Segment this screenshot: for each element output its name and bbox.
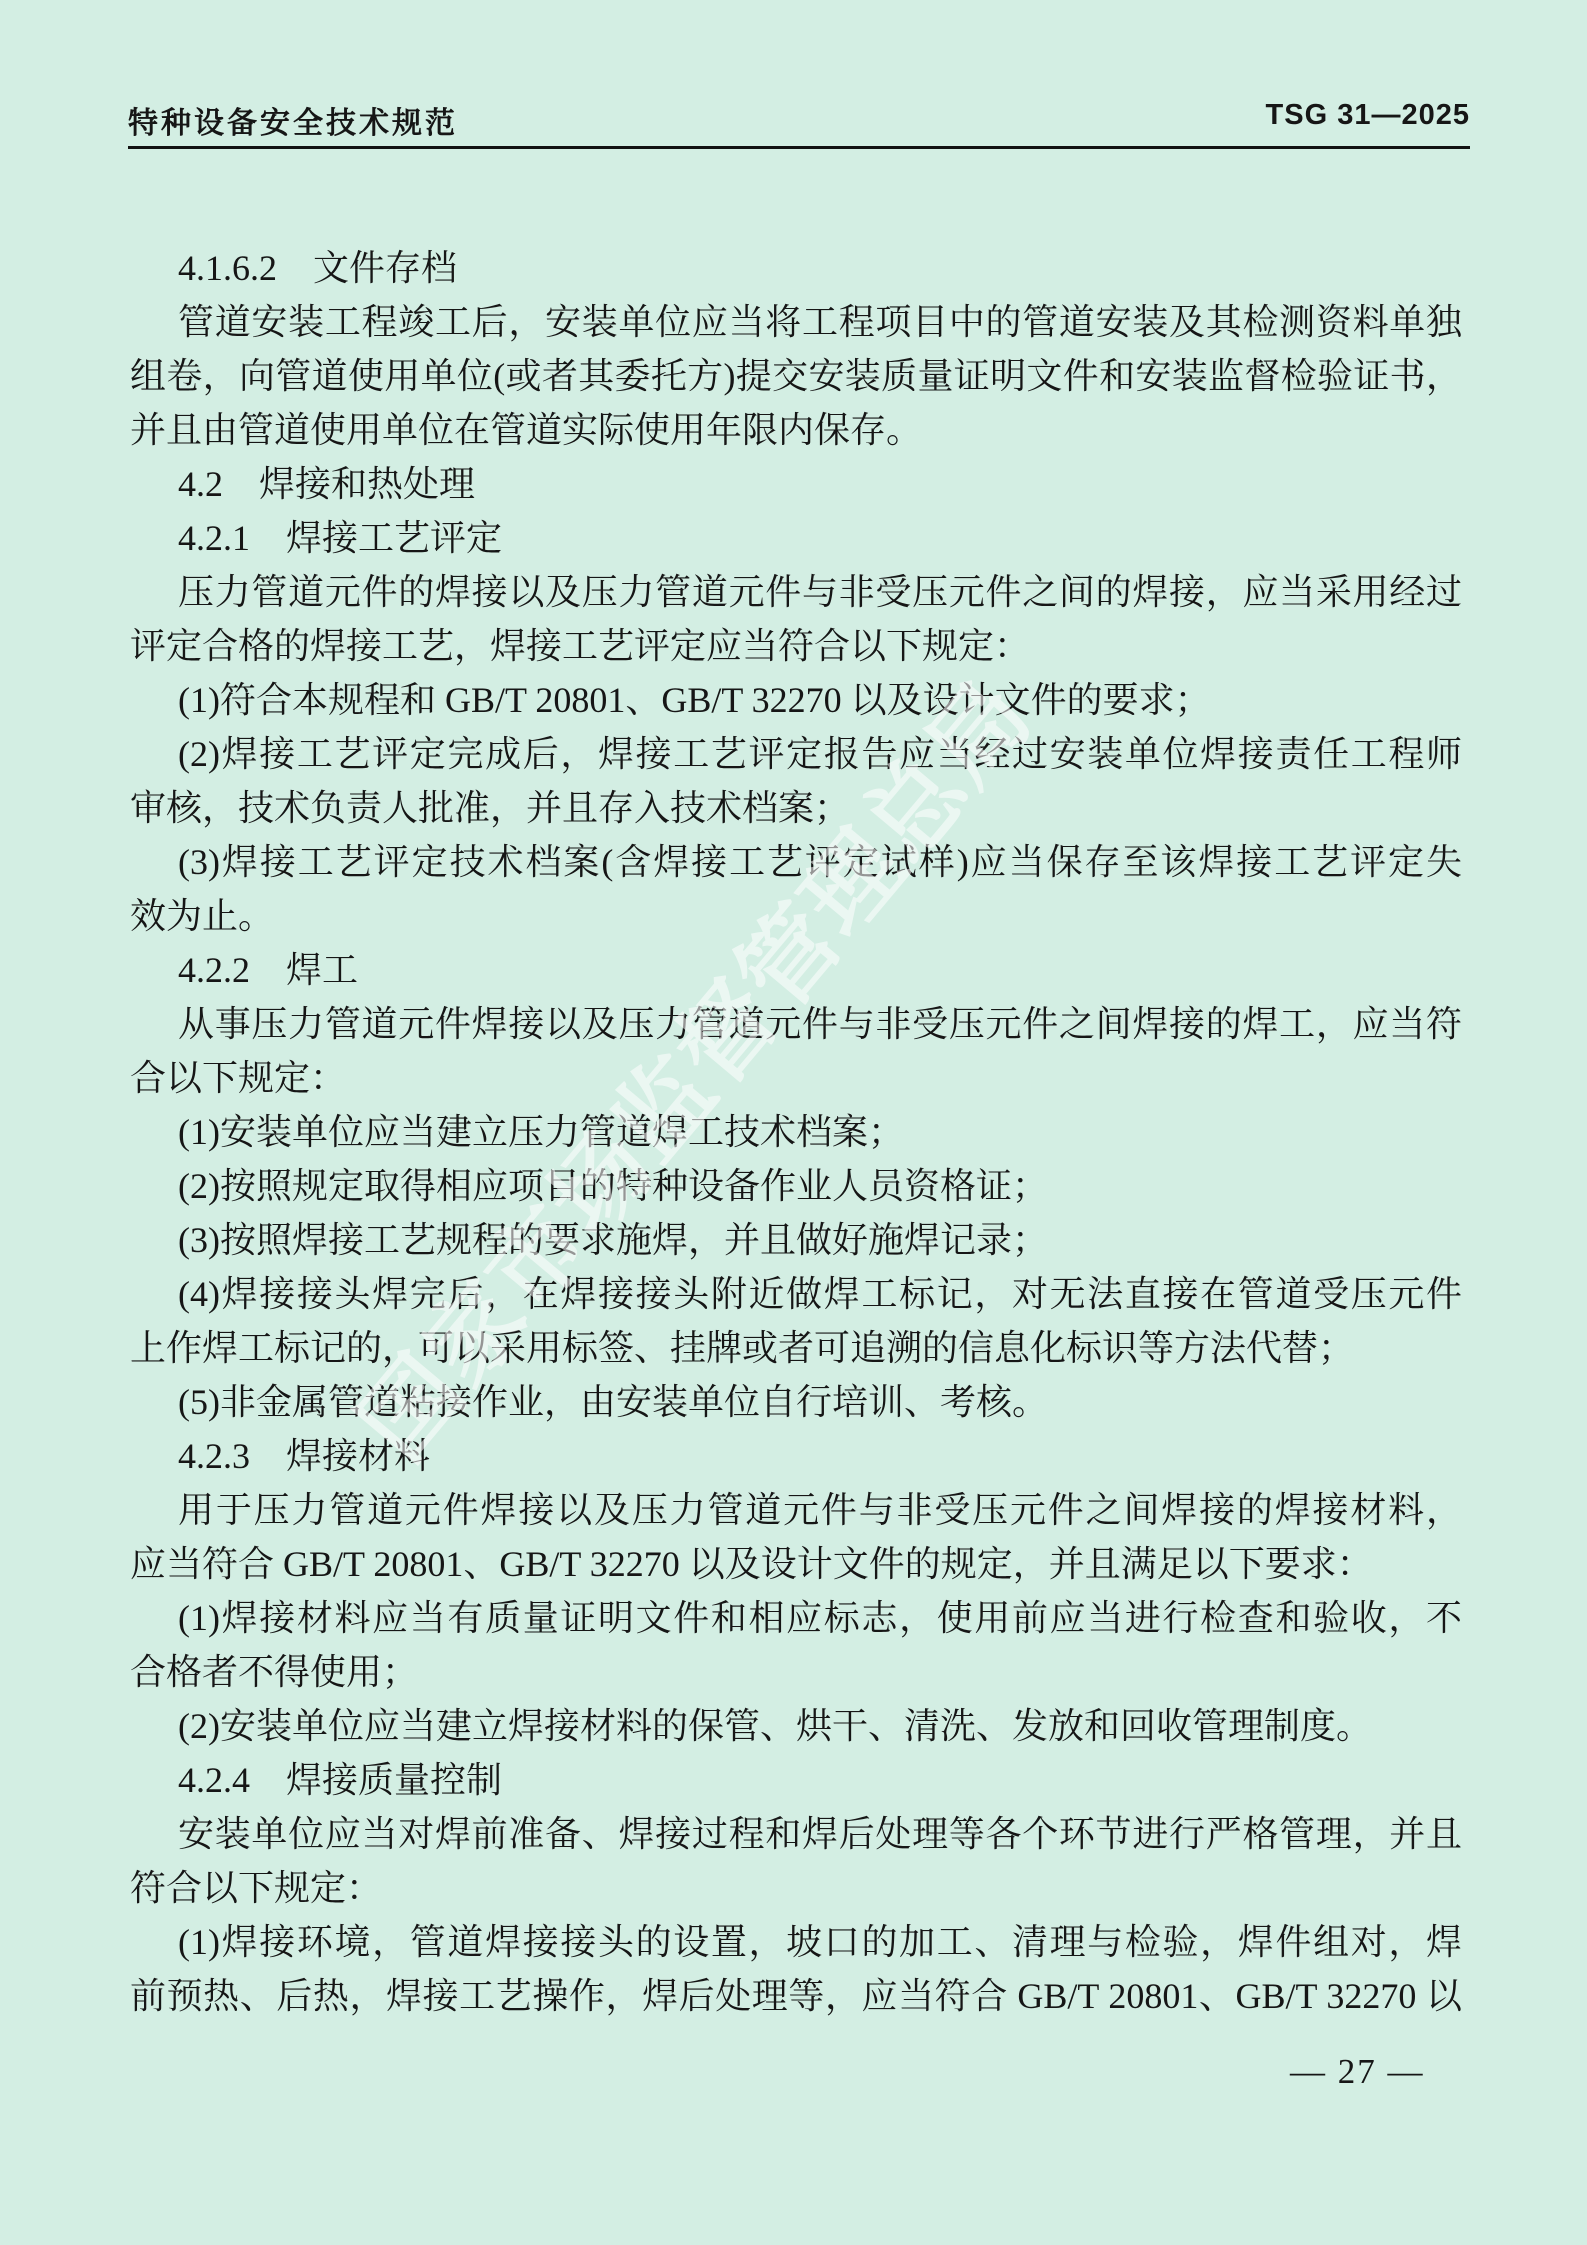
header-left-title: 特种设备安全技术规范 [128, 98, 458, 142]
body-line: (2)按照规定取得相应项目的特种设备作业人员资格证； [130, 1159, 1462, 1213]
heading-line: 4.1.6.2 文件存档 [130, 241, 1462, 295]
body-line: (2)安装单位应当建立焊接材料的保管、烘干、清洗、发放和回收管理制度。 [130, 1699, 1462, 1753]
body-line: 压力管道元件的焊接以及压力管道元件与非受压元件之间的焊接，应当采用经过 [130, 565, 1462, 619]
body-line: (3)焊接工艺评定技术档案(含焊接工艺评定试样)应当保存至该焊接工艺评定失 [130, 835, 1462, 889]
body-line: 用于压力管道元件焊接以及压力管道元件与非受压元件之间焊接的焊接材料， [130, 1483, 1462, 1537]
heading-line: 4.2.3 焊接材料 [130, 1429, 1462, 1483]
body-line: 前预热、后热，焊接工艺操作，焊后处理等，应当符合 GB/T 20801、GB/T… [130, 1969, 1462, 2023]
body-line: 应当符合 GB/T 20801、GB/T 32270 以及设计文件的规定，并且满… [130, 1537, 1462, 1591]
body-line: (2)焊接工艺评定完成后，焊接工艺评定报告应当经过安装单位焊接责任工程师 [130, 727, 1462, 781]
document-page: 特种设备安全技术规范 TSG 31—2025 4.1.6.2 文件存档管道安装工… [0, 0, 1587, 2245]
body-line: (1)安装单位应当建立压力管道焊工技术档案； [130, 1105, 1462, 1159]
heading-line: 4.2.1 焊接工艺评定 [130, 511, 1462, 565]
body-line: 效为止。 [130, 889, 1462, 943]
body-line: 安装单位应当对焊前准备、焊接过程和焊后处理等各个环节进行严格管理，并且 [130, 1807, 1462, 1861]
body-line: 并且由管道使用单位在管道实际使用年限内保存。 [130, 403, 1462, 457]
body-line: 从事压力管道元件焊接以及压力管道元件与非受压元件之间焊接的焊工，应当符 [130, 997, 1462, 1051]
page-number: — 27 — [1290, 2052, 1425, 2092]
body-line: 组卷，向管道使用单位(或者其委托方)提交安装质量证明文件和安装监督检验证书， [130, 349, 1462, 403]
body-line: (5)非金属管道粘接作业，由安装单位自行培训、考核。 [130, 1375, 1462, 1429]
body-line: 合以下规定： [130, 1051, 1462, 1105]
heading-line: 4.2.4 焊接质量控制 [130, 1753, 1462, 1807]
header-rule [128, 146, 1470, 149]
body-line: 评定合格的焊接工艺，焊接工艺评定应当符合以下规定： [130, 619, 1462, 673]
heading-line: 4.2 焊接和热处理 [130, 457, 1462, 511]
body: 4.1.6.2 文件存档管道安装工程竣工后，安装单位应当将工程项目中的管道安装及… [130, 241, 1462, 2023]
header-right-code: TSG 31—2025 [1266, 99, 1470, 132]
body-line: (1)焊接材料应当有质量证明文件和相应标志，使用前应当进行检查和验收，不 [130, 1591, 1462, 1645]
body-line: (1)符合本规程和 GB/T 20801、GB/T 32270 以及设计文件的要… [130, 673, 1462, 727]
body-line: 审核，技术负责人批准，并且存入技术档案； [130, 781, 1462, 835]
body-line: 符合以下规定： [130, 1861, 1462, 1915]
body-line: 上作焊工标记的，可以采用标签、挂牌或者可追溯的信息化标识等方法代替； [130, 1321, 1462, 1375]
body-line: (4)焊接接头焊完后，在焊接接头附近做焊工标记，对无法直接在管道受压元件 [130, 1267, 1462, 1321]
body-line: (3)按照焊接工艺规程的要求施焊，并且做好施焊记录； [130, 1213, 1462, 1267]
body-line: 管道安装工程竣工后，安装单位应当将工程项目中的管道安装及其检测资料单独 [130, 295, 1462, 349]
body-line: 合格者不得使用； [130, 1645, 1462, 1699]
body-line: (1)焊接环境，管道焊接接头的设置，坡口的加工、清理与检验，焊件组对，焊 [130, 1915, 1462, 1969]
heading-line: 4.2.2 焊工 [130, 943, 1462, 997]
